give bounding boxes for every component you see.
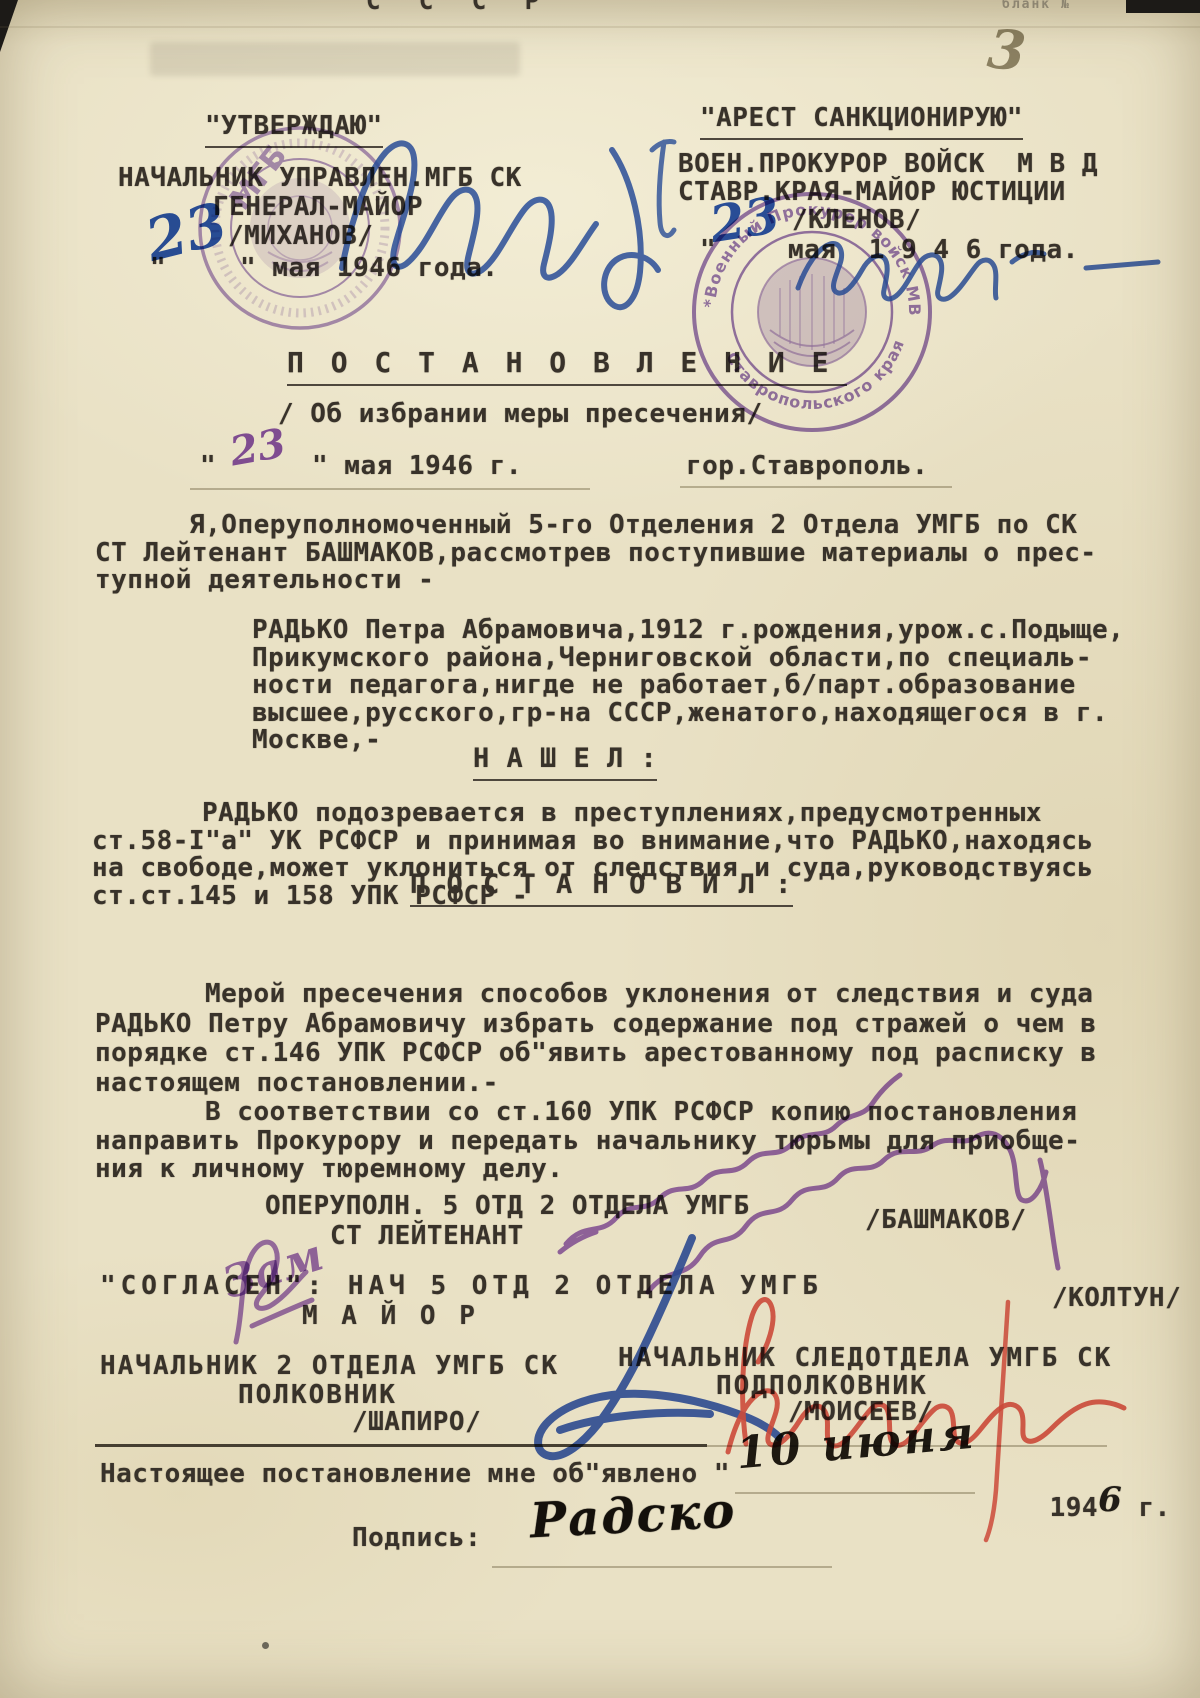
- announced-date-underline: [735, 1492, 975, 1494]
- officer-rank-line: СТ ЛЕЙТЕНАНТ: [330, 1222, 524, 1251]
- sanction-date-text: мая 1 9 4 6 года.: [788, 236, 1079, 265]
- agree-line: "СОГЛАСЕН": НАЧ 5 ОТД 2 ОТДЕЛА УМГБ: [100, 1272, 823, 1301]
- approval-line2: ГЕНЕРАЛ-МАЙОР: [213, 193, 423, 222]
- document-title: П О С Т А Н О В Л Е Н И Е: [287, 348, 847, 386]
- dept-head-name: /ШАПИРО/: [352, 1408, 481, 1437]
- year-handwritten-digit: 6: [1098, 1480, 1122, 1520]
- approval-line1: НАЧАЛЬНИК УПРАВЛЕН.МГБ СК: [118, 164, 522, 193]
- paragraph-subject: РАДЬКО Петра Абрамовича,1912 г.рождения,…: [252, 617, 1124, 755]
- announced-text: Настоящее постановление мне об"явлено ": [100, 1460, 730, 1489]
- officer-post-line: ОПЕРУПОЛН. 5 ОТД 2 ОТДЕЛА УМГБ: [265, 1192, 750, 1221]
- body-line: Москве,-: [252, 727, 1124, 755]
- body-line: РАДЬКО подозревается в преступлениях,пре…: [92, 800, 1094, 828]
- body-line: РАДЬКО Петра Абрамовича,1912 г.рождения,…: [252, 617, 1124, 645]
- blank-number-note: бланк №: [1002, 0, 1071, 12]
- dept-head-post-line: НАЧАЛЬНИК 2 ОТДЕЛА УМГБ СК: [100, 1352, 559, 1381]
- detainee-signature-handwritten: Радско: [529, 1483, 738, 1550]
- agree-rank: М А Й О Р: [302, 1302, 479, 1331]
- approval-day-handwritten: 23: [139, 189, 234, 275]
- signature-underline: [492, 1566, 832, 1568]
- date-day-handwritten: 23: [226, 420, 289, 476]
- approval-line3: /МИХАНОВ/: [228, 222, 373, 251]
- paragraph-copy-order: В соответствии со ст.160 УПК РСФСР копию…: [95, 1098, 1080, 1184]
- sanction-day-handwritten: 23: [706, 185, 784, 254]
- body-line: Я,Оперуполномоченный 5-го Отделения 2 От…: [95, 512, 1097, 540]
- resolved-heading: П О С Т А Н О В И Л :: [410, 870, 793, 907]
- body-line: ст.58-I"а" УК РСФСР и принимая во вниман…: [92, 828, 1094, 856]
- paragraph-resolved: Мерой пресечения способов уклонения от с…: [95, 980, 1097, 1098]
- officer-name: /БАШМАКОВ/: [865, 1206, 1027, 1235]
- announced-year: 1946 г.: [985, 1458, 1171, 1553]
- date-underline: [190, 488, 590, 490]
- found-heading: Н А Ш Е Л :: [473, 744, 657, 781]
- body-line: направить Прокурору и передать начальник…: [95, 1127, 1080, 1156]
- body-line: В соответствии со ст.160 УПК РСФСР копию…: [95, 1098, 1080, 1127]
- year-unit: г.: [1122, 1493, 1170, 1523]
- dept-head-rank: ПОЛКОВНИК: [238, 1381, 397, 1410]
- body-line: Мерой пресечения способов уклонения от с…: [95, 980, 1097, 1010]
- top-ussr-fragment: С С С Р: [366, 0, 551, 14]
- body-line: высшее,русского,гр-на СССР,женатого,нахо…: [252, 700, 1124, 728]
- approval-date-text: " мая 1946 года.: [240, 254, 498, 283]
- approval-title: "УТВЕРЖДАЮ": [205, 112, 383, 148]
- announced-date-handwritten: 10 июня: [734, 1408, 978, 1480]
- year-typed-prefix: 194: [1050, 1493, 1098, 1523]
- paragraph-intro: Я,Оперуполномоченный 5-го Отделения 2 От…: [95, 512, 1097, 595]
- body-line: настоящем постановлении.-: [95, 1069, 1097, 1099]
- body-line: Прикумского района,Черниговской области,…: [252, 645, 1124, 673]
- invest-head-post-line: НАЧАЛЬНИК СЛЕДОТДЕЛА УМГБ СК: [618, 1344, 1112, 1373]
- page-number-pencil: 3: [985, 16, 1029, 84]
- body-line: ния к личному тюремному делу.: [95, 1155, 1080, 1184]
- body-line: тупной деятельности -: [95, 567, 1097, 595]
- city-underline: [680, 486, 952, 488]
- agree-name: /КОЛТУН/: [1052, 1284, 1181, 1313]
- body-line: РАДЬКО Петру Абрамовичу избрать содержан…: [95, 1010, 1097, 1040]
- sanction-title: "АРЕСТ САНКЦИОНИРУЮ": [700, 104, 1023, 140]
- city-label: гор.Ставрополь.: [686, 452, 928, 481]
- scan-artifact: [262, 1642, 269, 1649]
- signature-label: Подпись:: [352, 1524, 481, 1553]
- date-open-quote: ": [200, 452, 216, 481]
- body-line: порядке ст.146 УПК РСФСР об"явить аресто…: [95, 1039, 1097, 1069]
- body-line: ности педагога,нигде не работает,б/парт.…: [252, 672, 1124, 700]
- document-subtitle: / Об избрании меры пресечения/: [278, 400, 763, 429]
- date-text: " мая 1946 г.: [312, 452, 522, 481]
- sanction-line1: ВОЕН.ПРОКУРОР ВОЙСК М В Д: [678, 150, 1098, 179]
- document-page: С С С Р бланк № 3 "УТВЕРЖДАЮ" НАЧАЛЬНИК …: [0, 0, 1200, 1698]
- sanction-line3: /КЛЕНОВ/: [792, 206, 921, 235]
- sanction-check-mark-ink: [652, 141, 674, 235]
- footer-rule-dark: [95, 1444, 707, 1447]
- body-line: СТ Лейтенант БАШМАКОВ,рассмотрев поступи…: [95, 540, 1097, 568]
- bleed-through-smudge: [150, 42, 520, 76]
- scan-artifact: [1126, 0, 1200, 13]
